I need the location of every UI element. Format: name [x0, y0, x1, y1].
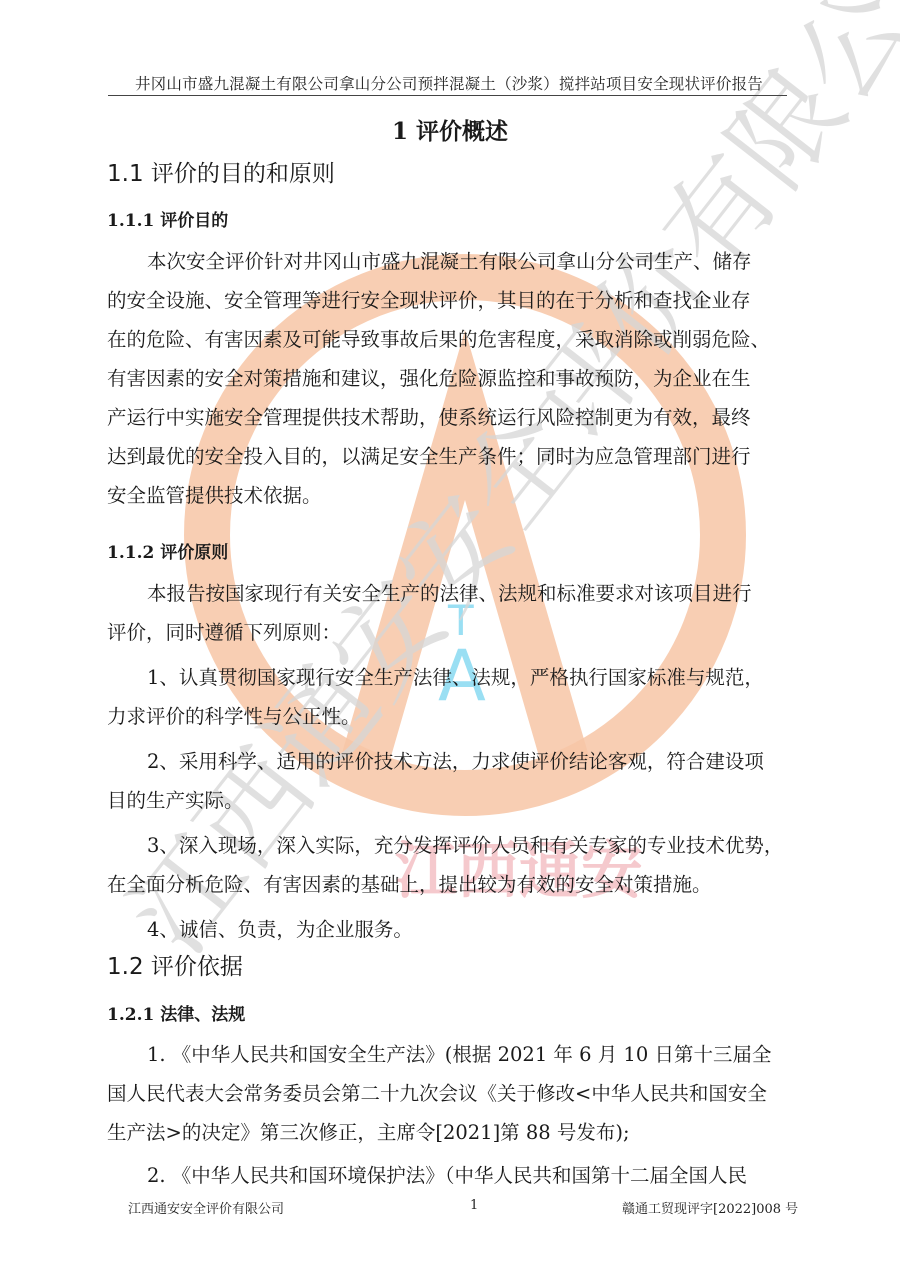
section-heading-1-2: 1.2 评价依据 [107, 948, 243, 981]
principles-paragraph: 本报告按国家现行有关安全生产的法律、法规和标准要求对该项目进行 评价，同时遵循下… [107, 574, 797, 949]
subsection-heading-1-1-2: 1.1.2 评价原则 [107, 538, 228, 563]
principle-item-3: 3、深入现场，深入实际，充分发挥评价人员和有关专家的专业技术优势， [107, 826, 797, 865]
text-line: 力求评价的科学性与公正性。 [107, 697, 797, 736]
page-number: 1 [470, 1198, 478, 1213]
text-line: 达到最优的安全投入目的，以满足安全生产条件；同时为应急管理部门进行 [107, 437, 797, 476]
text-line: 目的生产实际。 [107, 781, 797, 820]
document-page: A T 江西通安安全评价有限公司 江西通安 井冈山市盛九混凝土有限公司拿山分公司… [0, 0, 900, 1274]
section-heading-1-1: 1.1 评价的目的和原则 [107, 155, 335, 188]
law-item-2: 2. 《中华人民共和国环境保护法》（中华人民共和国第十二届全国人民 [107, 1156, 797, 1195]
running-header: 井冈山市盛九混凝土有限公司拿山分公司预拌混凝土（沙浆）搅拌站项目安全现状评价报告 [112, 72, 786, 94]
text-line: 有害因素的安全对策措施和建议，强化危险源监控和事故预防，为企业在生 [107, 359, 797, 398]
text-line: 的安全设施、安全管理等进行安全现状评价，其目的在于分析和查找企业存 [107, 281, 797, 320]
text-line: 本次安全评价针对井冈山市盛九混凝土有限公司拿山分公司生产、储存 [107, 242, 797, 281]
text-line: 产运行中实施安全管理提供技术帮助，使系统运行风险控制更为有效，最终 [107, 398, 797, 437]
header-divider [108, 95, 787, 96]
text-line: 生产法>的决定》第三次修正，主席令[2021]第 88 号发布); [107, 1113, 797, 1152]
principle-item-2: 2、采用科学、适用的评价技术方法，力求使评价结论客观，符合建设项 [107, 742, 797, 781]
text-line: 安全监管提供技术依据。 [107, 476, 797, 515]
principle-item-1: 1、认真贯彻国家现行安全生产法律、法规，严格执行国家标准与规范， [107, 658, 797, 697]
purpose-paragraph: 本次安全评价针对井冈山市盛九混凝土有限公司拿山分公司生产、储存 的安全设施、安全… [107, 242, 797, 515]
chapter-title: 1 评价概述 [0, 113, 900, 146]
subsection-heading-1-2-1: 1.2.1 法律、法规 [107, 1000, 245, 1025]
text-line: 本报告按国家现行有关安全生产的法律、法规和标准要求对该项目进行 [107, 574, 797, 613]
subsection-heading-1-1-1: 1.1.1 评价目的 [107, 206, 228, 231]
law-item-1: 1. 《中华人民共和国安全生产法》(根据 2021 年 6 月 10 日第十三届… [107, 1035, 797, 1074]
laws-paragraph: 1. 《中华人民共和国安全生产法》(根据 2021 年 6 月 10 日第十三届… [107, 1035, 797, 1195]
text-line: 国人民代表大会常务委员会第二十九次会议《关于修改<中华人民共和国安全 [107, 1074, 797, 1113]
footer-report-number: 赣通工贸现评字[2022]008 号 [622, 1198, 798, 1217]
text-line: 在全面分析危险、有害因素的基础上，提出较为有效的安全对策措施。 [107, 865, 797, 904]
text-line: 在的危险、有害因素及可能导致事故后果的危害程度，采取消除或削弱危险、 [107, 320, 797, 359]
text-line: 评价，同时遵循下列原则： [107, 613, 797, 652]
footer-company: 江西通安安全评价有限公司 [128, 1198, 284, 1217]
principle-item-4: 4、诚信、负责，为企业服务。 [107, 910, 797, 949]
